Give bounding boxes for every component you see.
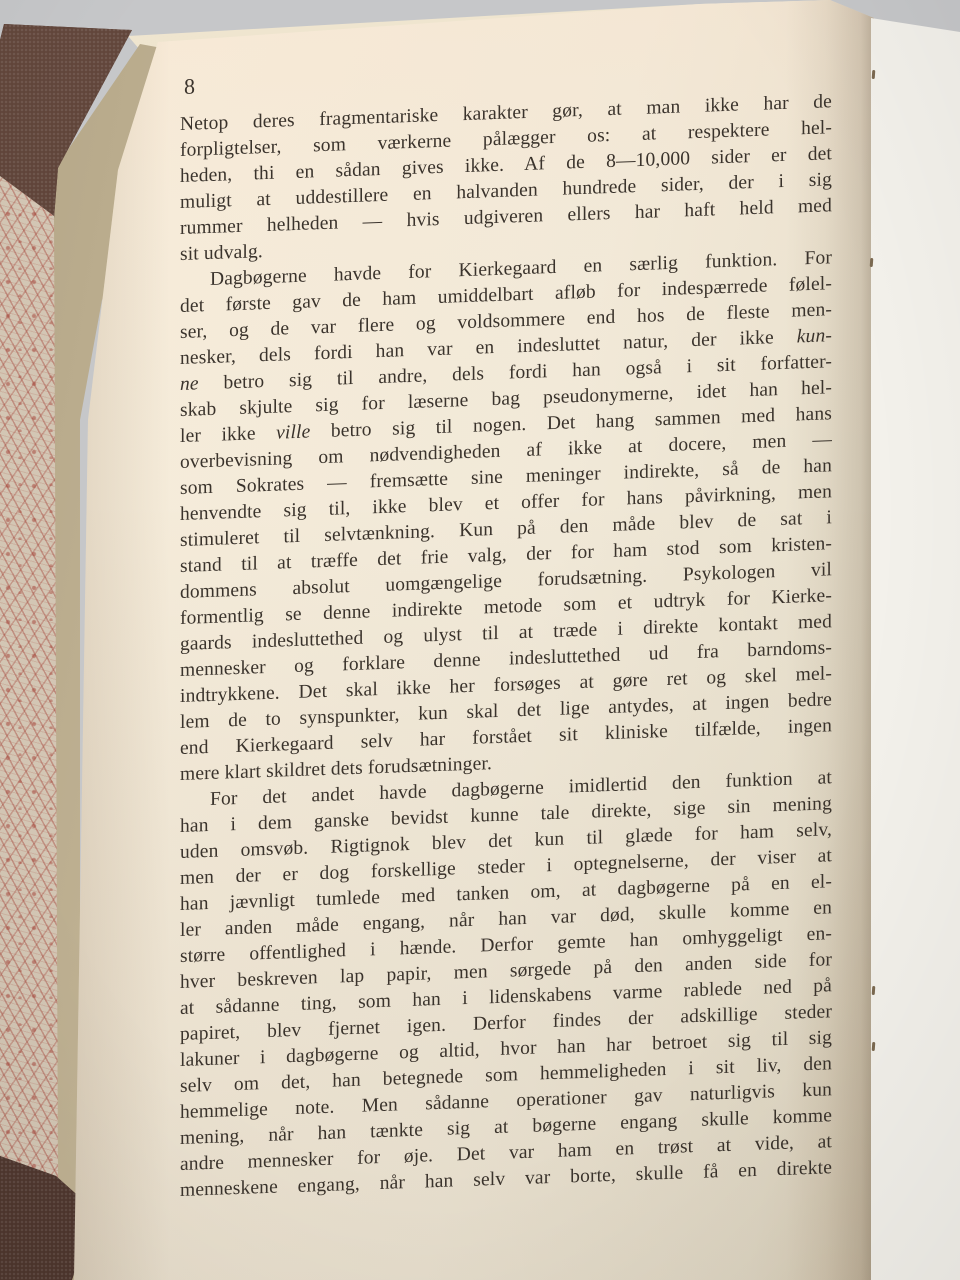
gutter-stitch (870, 258, 874, 267)
gutter-stitch (872, 986, 876, 995)
text-block: Netop deres fragmentariske karakter gør,… (180, 89, 832, 1204)
gutter-stitch (872, 70, 876, 79)
gutter-stitch (872, 1042, 876, 1051)
printed-text-layer: 8 Netop deres fragmentariske karakter gø… (180, 51, 832, 1204)
book-photo: 8 Netop deres fragmentariske karakter gø… (0, 0, 960, 1280)
